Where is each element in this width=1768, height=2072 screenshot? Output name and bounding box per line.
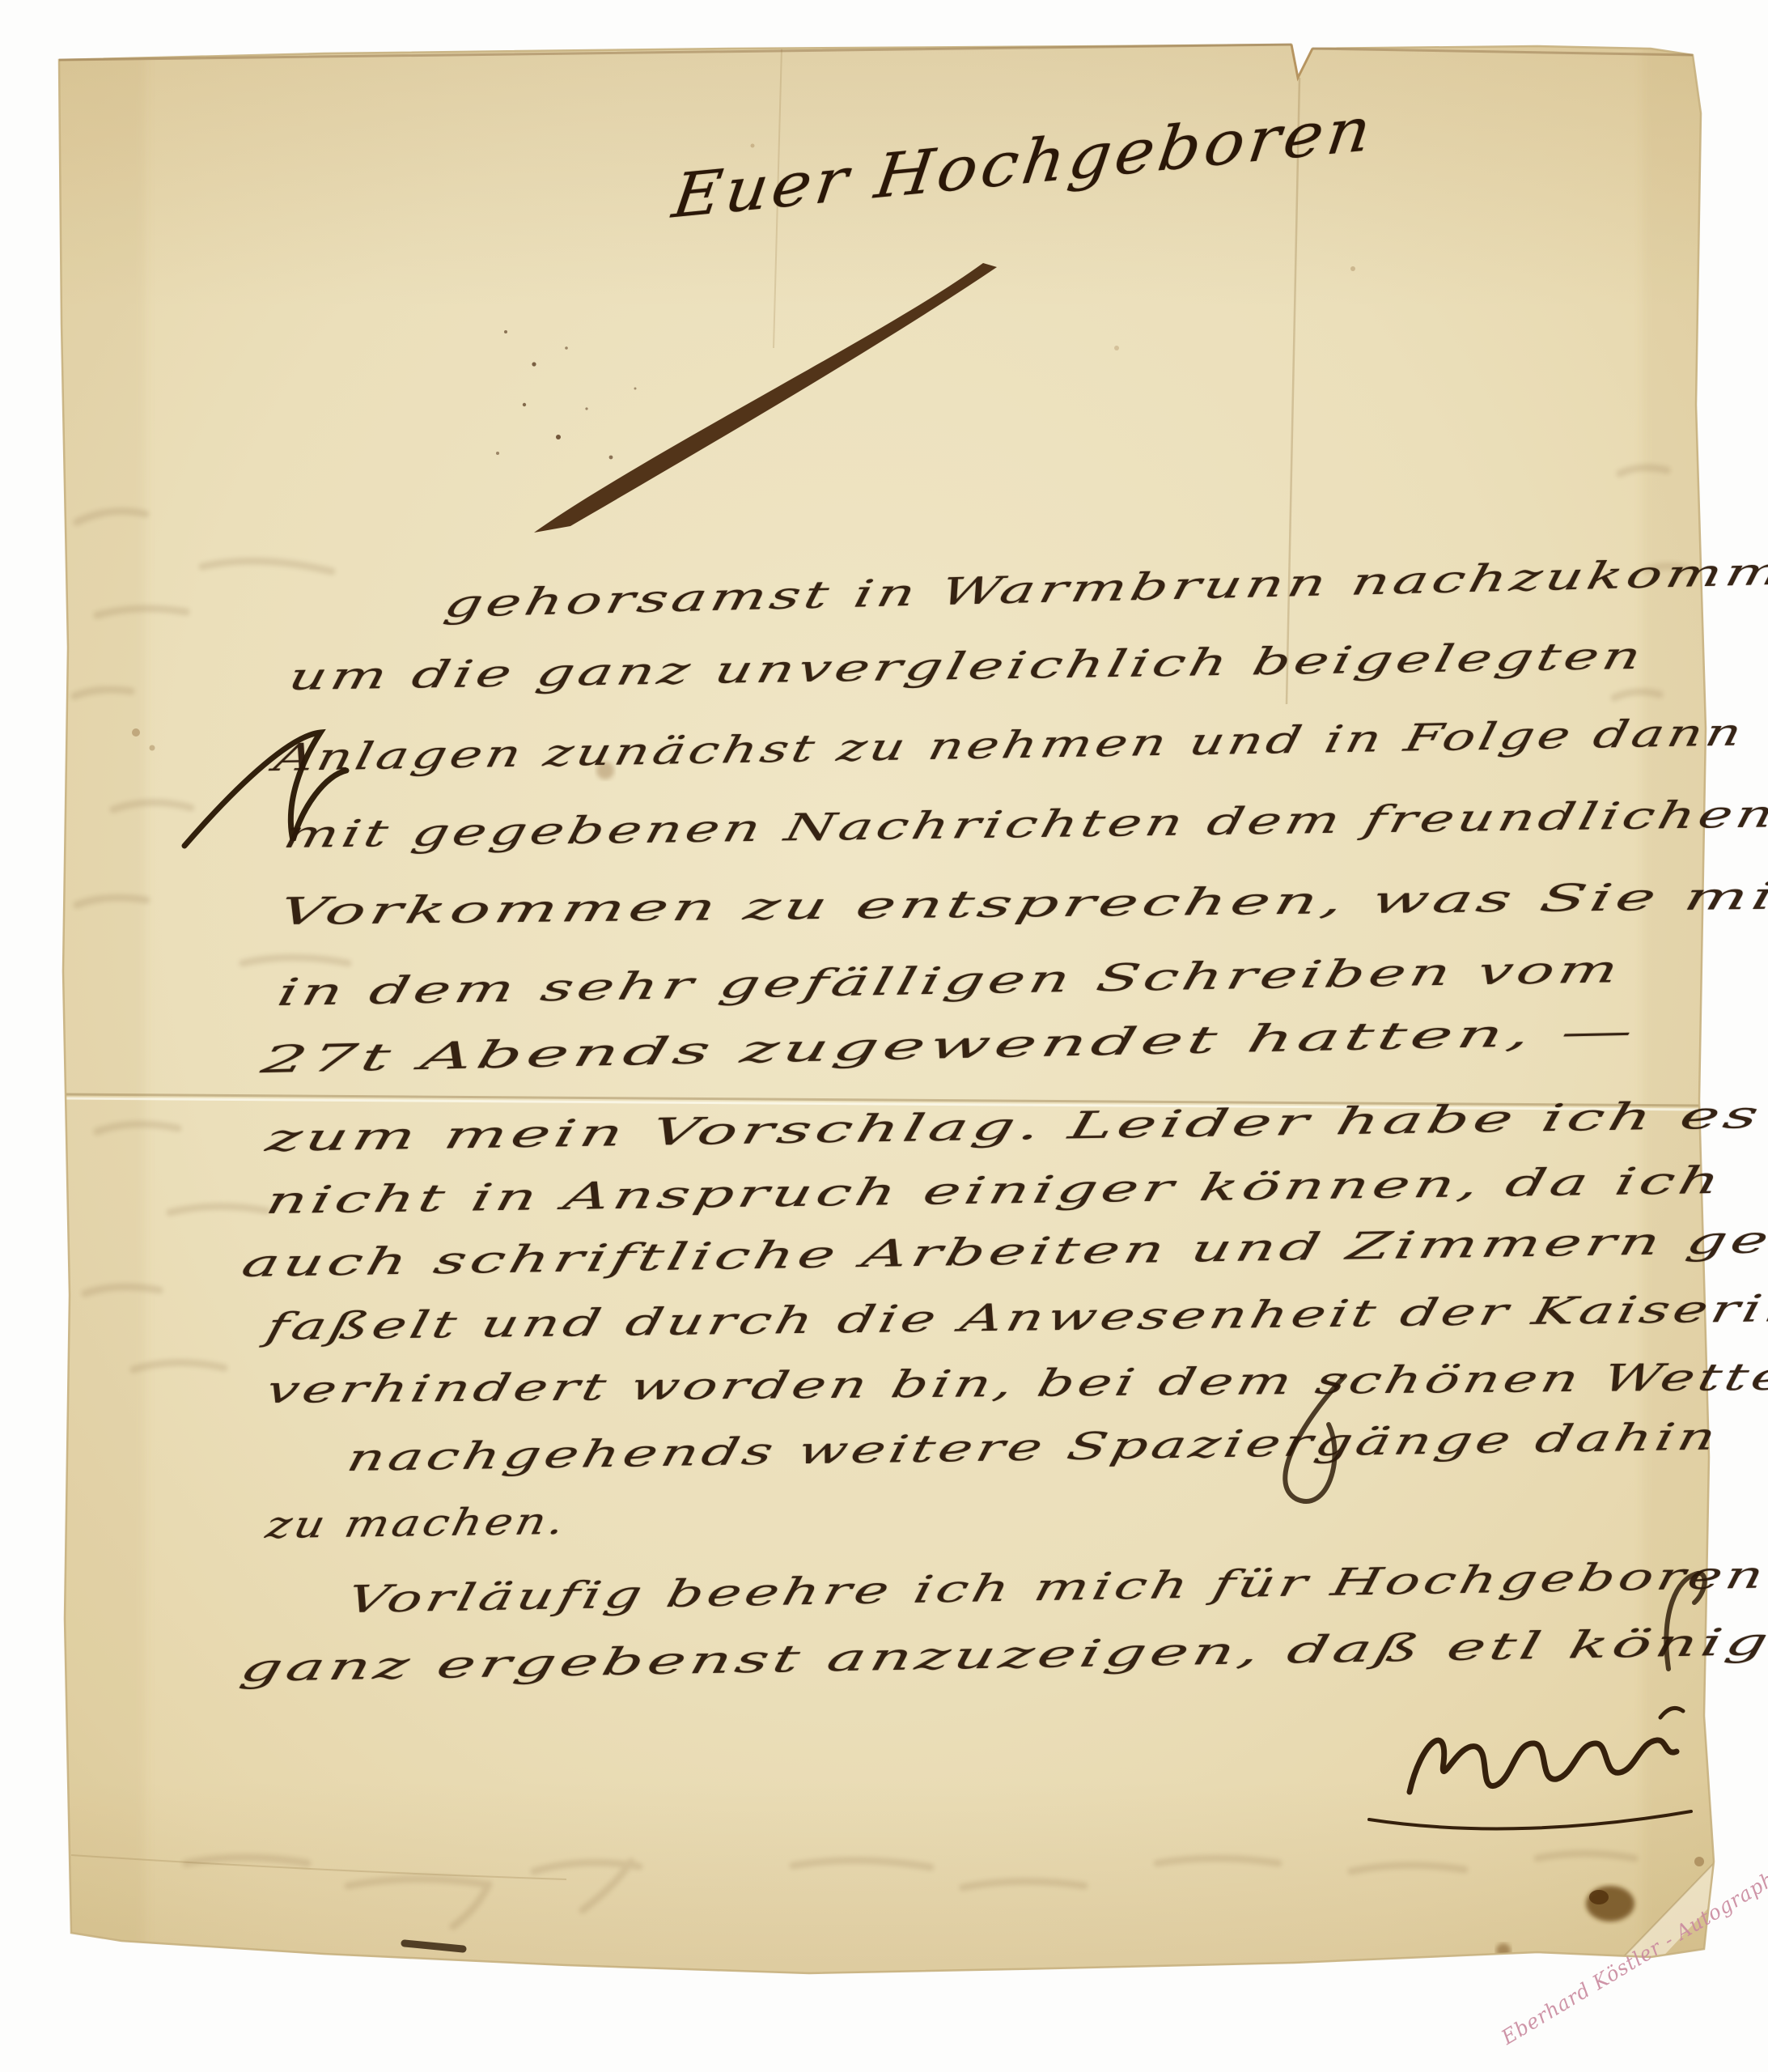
handwritten-line: zu machen. (263, 1502, 570, 1543)
photo-of-letter: Euer Hochgeboren gehorsamst in Warmbrunn… (0, 0, 1768, 2072)
